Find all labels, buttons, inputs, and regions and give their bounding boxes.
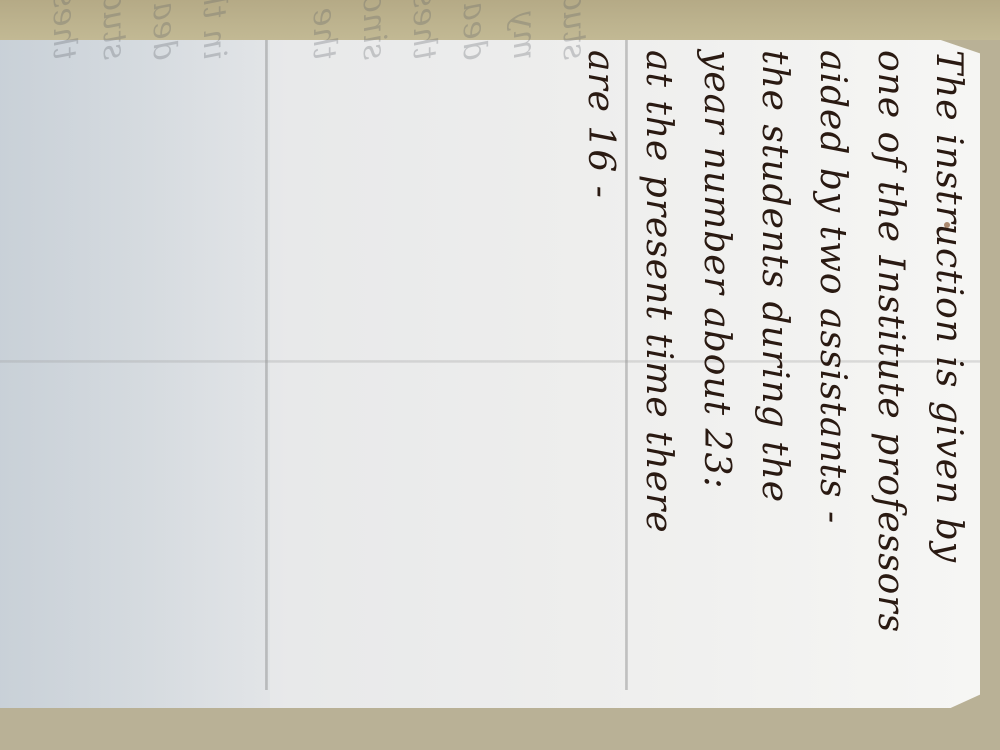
ghost-line: dear sir	[140, 0, 190, 60]
ghost-line: these is	[400, 0, 450, 60]
ghost-line: students there	[90, 0, 140, 60]
ghost-line: in the	[190, 0, 240, 60]
text-line: The instruction is given by	[919, 50, 977, 690]
ghost-line: dear sir	[450, 0, 500, 60]
text-line: are 16 -	[571, 50, 629, 690]
ghost-line: the of	[300, 0, 350, 60]
handwritten-text: The instruction is given by one of the I…	[571, 50, 977, 690]
fold-crease-left	[265, 40, 268, 690]
bleed-through-text-middle: students there my other dear sir these i…	[300, 0, 600, 60]
text-line: the students during the	[745, 50, 803, 690]
ink-stain	[944, 222, 950, 228]
ghost-line: sincerely	[350, 0, 400, 60]
text-line: at the present time there	[629, 50, 687, 690]
text-line: aided by two assistants -	[803, 50, 861, 690]
bleed-through-text-left: in the dear sir students there these is	[40, 0, 240, 60]
text-line: one of the Institute professors	[861, 50, 919, 690]
paper-shadow	[0, 40, 270, 708]
ghost-line: these is	[40, 0, 90, 60]
text-line: year number about 23:	[687, 50, 745, 690]
ghost-line: my other	[500, 0, 550, 60]
